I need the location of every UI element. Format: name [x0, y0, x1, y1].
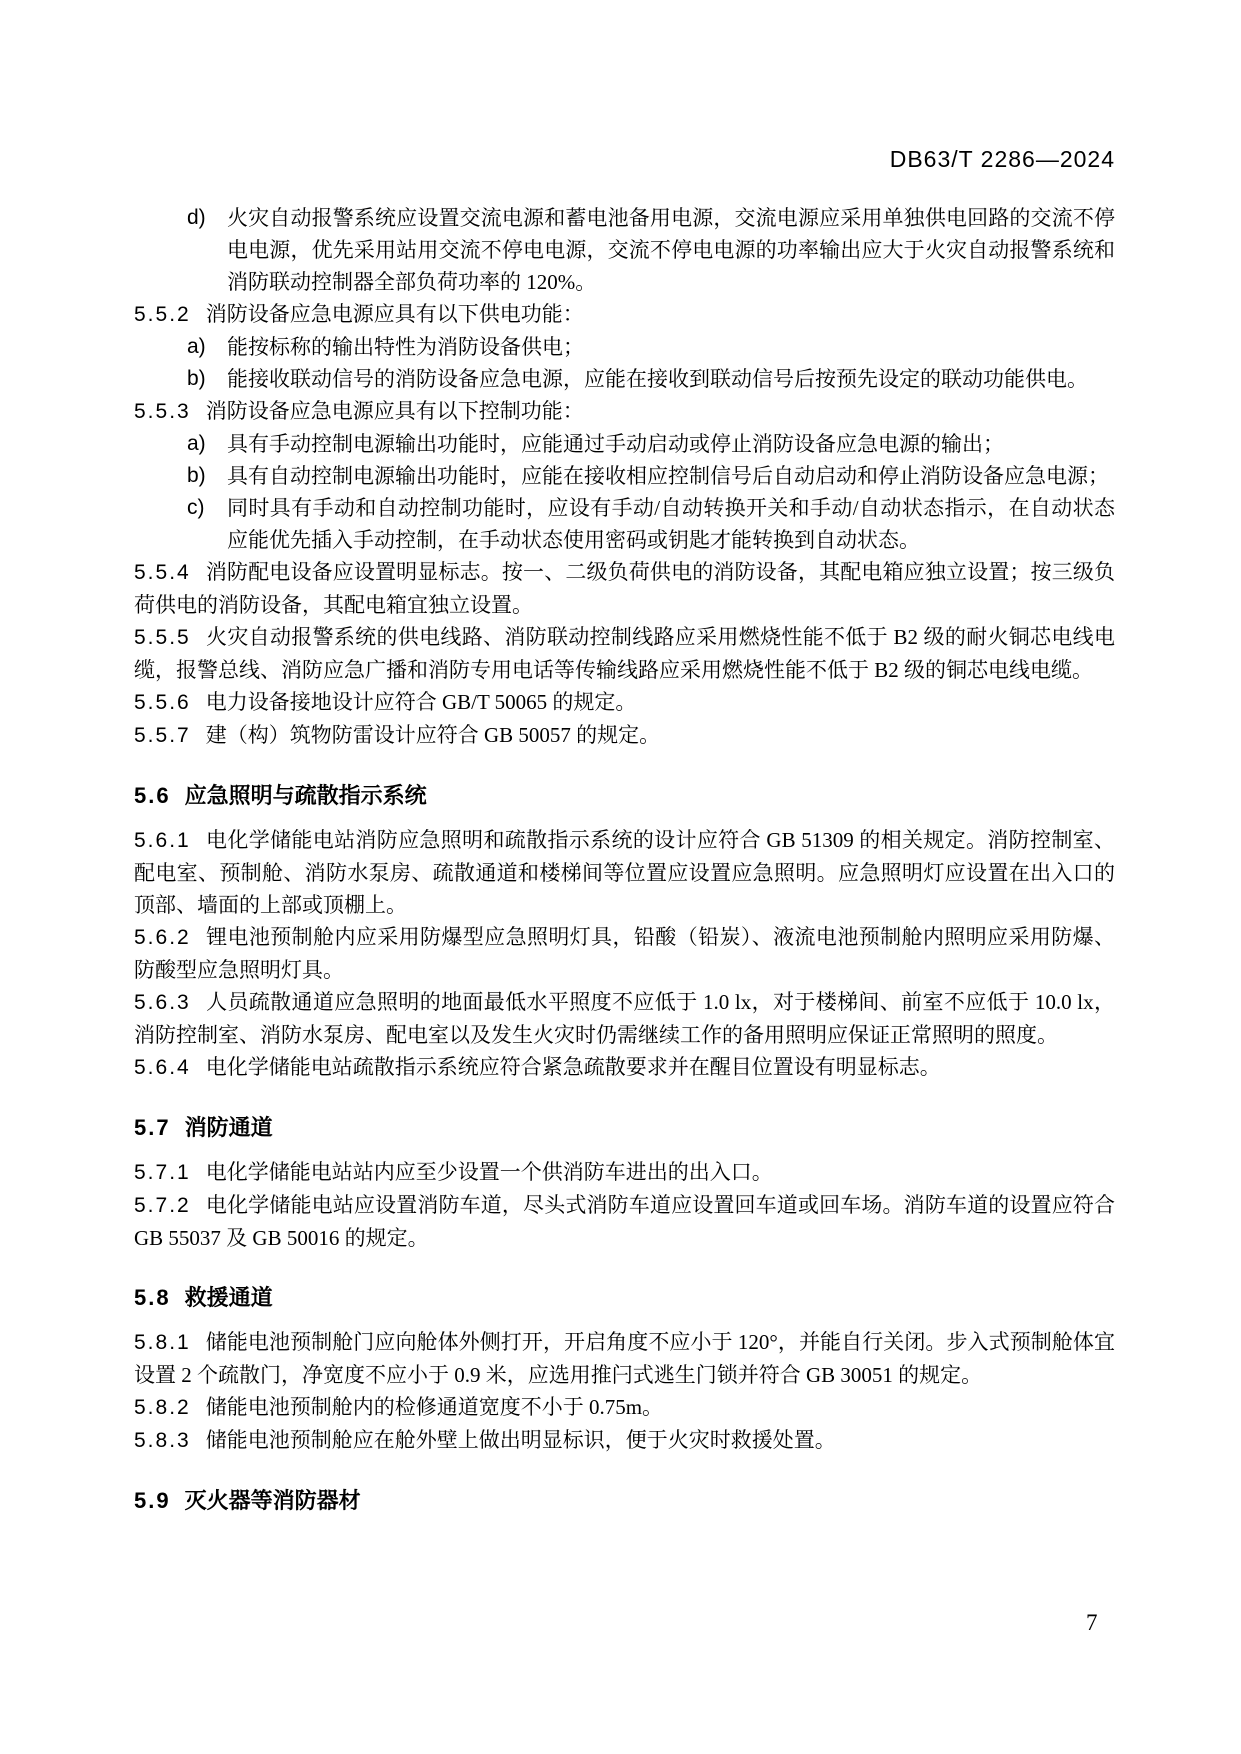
clause: 5.5.3消防设备应急电源应具有以下控制功能：	[134, 395, 1115, 428]
section-number: 5.7	[134, 1115, 171, 1140]
list-item-text: 具有手动控制电源输出功能时，应能通过手动启动或停止消防设备应急电源的输出；	[227, 428, 1115, 460]
clause-text: 消防配电设备应设置明显标志。按一、二级负荷供电的消防设备，其配电箱应独立设置；按…	[134, 560, 1115, 617]
clause-number: 5.7.2	[134, 1194, 191, 1217]
clause: 5.8.2储能电池预制舱内的检修通道宽度不小于 0.75m。	[134, 1391, 1115, 1424]
list-item-label: d)	[187, 202, 227, 298]
clause-text: 锂电池预制舱内应采用防爆型应急照明灯具，铅酸（铅炭）、液流电池预制舱内照明应采用…	[134, 925, 1115, 982]
list-item-text: 具有自动控制电源输出功能时，应能在接收相应控制信号后自动启动和停止消防设备应急电…	[227, 460, 1115, 492]
clause-text: 电力设备接地设计应符合 GB/T 50065 的规定。	[206, 690, 637, 714]
list-item: a)具有手动控制电源输出功能时，应能通过手动启动或停止消防设备应急电源的输出；	[134, 428, 1115, 460]
clause-number: 5.6.1	[134, 829, 191, 852]
clause: 5.5.4消防配电设备应设置明显标志。按一、二级负荷供电的消防设备，其配电箱应独…	[134, 556, 1115, 621]
clause-number: 5.5.2	[134, 303, 191, 326]
clause-number: 5.5.3	[134, 400, 191, 423]
clause-number: 5.6.2	[134, 926, 191, 949]
clause: 5.7.1电化学储能电站站内应至少设置一个供消防车进出的出入口。	[134, 1156, 1115, 1189]
clause-number: 5.5.4	[134, 561, 191, 584]
clause: 5.8.1储能电池预制舱门应向舱体外侧打开，开启角度不应小于 120°，并能自行…	[134, 1326, 1115, 1391]
section-heading: 5.7消防通道	[134, 1112, 1115, 1144]
clause-text: 建（构）筑物防雷设计应符合 GB 50057 的规定。	[206, 723, 660, 747]
list-item-label: c)	[187, 492, 227, 556]
clause: 5.5.5火灾自动报警系统的供电线路、消防联动控制线路应采用燃烧性能不低于 B2…	[134, 621, 1115, 686]
list-item: d)火灾自动报警系统应设置交流电源和蓄电池备用电源，交流电源应采用单独供电回路的…	[134, 202, 1115, 298]
clause-text: 消防设备应急电源应具有以下供电功能：	[206, 302, 584, 326]
clause-text: 人员疏散通道应急照明的地面最低水平照度不应低于 1.0 lx，对于楼梯间、前室不…	[134, 990, 1115, 1047]
list-item-text: 火灾自动报警系统应设置交流电源和蓄电池备用电源，交流电源应采用单独供电回路的交流…	[227, 202, 1115, 298]
clause-number: 5.7.1	[134, 1161, 191, 1184]
section-heading: 5.8救援通道	[134, 1282, 1115, 1314]
clause-text: 储能电池预制舱内的检修通道宽度不小于 0.75m。	[206, 1395, 663, 1419]
clause: 5.6.3人员疏散通道应急照明的地面最低水平照度不应低于 1.0 lx，对于楼梯…	[134, 986, 1115, 1051]
list-item: c)同时具有手动和自动控制功能时，应设有手动/自动转换开关和手动/自动状态指示，…	[134, 492, 1115, 556]
list-item-text: 能按标称的输出特性为消防设备供电；	[227, 331, 1115, 363]
clause: 5.5.2消防设备应急电源应具有以下供电功能：	[134, 298, 1115, 331]
clause: 5.6.4电化学储能电站疏散指示系统应符合紧急疏散要求并在醒目位置设有明显标志。	[134, 1051, 1115, 1084]
clause-text: 电化学储能电站消防应急照明和疏散指示系统的设计应符合 GB 51309 的相关规…	[134, 828, 1115, 917]
section-heading: 5.6应急照明与疏散指示系统	[134, 780, 1115, 812]
clause-text: 消防设备应急电源应具有以下控制功能：	[206, 399, 584, 423]
clause-number: 5.8.1	[134, 1331, 191, 1354]
list-item: a)能按标称的输出特性为消防设备供电；	[134, 331, 1115, 363]
clause-text: 电化学储能电站应设置消防车道，尽头式消防车道应设置回车道或回车场。消防车道的设置…	[134, 1193, 1115, 1250]
clause: 5.6.2锂电池预制舱内应采用防爆型应急照明灯具，铅酸（铅炭）、液流电池预制舱内…	[134, 921, 1115, 986]
clause-number: 5.8.3	[134, 1429, 191, 1452]
list-item-label: a)	[187, 331, 227, 363]
list-item: b)具有自动控制电源输出功能时，应能在接收相应控制信号后自动启动和停止消防设备应…	[134, 460, 1115, 492]
section-title: 应急照明与疏散指示系统	[185, 783, 427, 808]
clause-text: 储能电池预制舱门应向舱体外侧打开，开启角度不应小于 120°，并能自行关闭。步入…	[134, 1330, 1115, 1387]
clause-text: 电化学储能电站疏散指示系统应符合紧急疏散要求并在醒目位置设有明显标志。	[206, 1055, 941, 1079]
clause: 5.6.1电化学储能电站消防应急照明和疏散指示系统的设计应符合 GB 51309…	[134, 824, 1115, 921]
document-content: d)火灾自动报警系统应设置交流电源和蓄电池备用电源，交流电源应采用单独供电回路的…	[134, 202, 1115, 1529]
section-title: 消防通道	[185, 1115, 273, 1140]
clause: 5.5.6电力设备接地设计应符合 GB/T 50065 的规定。	[134, 686, 1115, 719]
list-item-label: a)	[187, 428, 227, 460]
list-item-text: 同时具有手动和自动控制功能时，应设有手动/自动转换开关和手动/自动状态指示，在自…	[227, 492, 1115, 556]
clause-number: 5.6.3	[134, 991, 191, 1014]
clause: 5.8.3储能电池预制舱应在舱外壁上做出明显标识，便于火灾时救援处置。	[134, 1424, 1115, 1457]
clause-text: 火灾自动报警系统的供电线路、消防联动控制线路应采用燃烧性能不低于 B2 级的耐火…	[134, 625, 1115, 682]
clause-text: 储能电池预制舱应在舱外壁上做出明显标识，便于火灾时救援处置。	[206, 1428, 836, 1452]
clause-number: 5.8.2	[134, 1396, 191, 1419]
list-item-label: b)	[187, 363, 227, 395]
section-number: 5.8	[134, 1285, 171, 1310]
page-number: 7	[1086, 1610, 1098, 1636]
section-title: 灭火器等消防器材	[185, 1488, 361, 1513]
clause-number: 5.5.6	[134, 691, 191, 714]
clause-text: 电化学储能电站站内应至少设置一个供消防车进出的出入口。	[206, 1160, 773, 1184]
section-number: 5.9	[134, 1488, 171, 1513]
clause-number: 5.5.7	[134, 724, 191, 747]
list-item-label: b)	[187, 460, 227, 492]
clause-number: 5.5.5	[134, 626, 191, 649]
list-item-text: 能接收联动信号的消防设备应急电源，应能在接收到联动信号后按预先设定的联动功能供电…	[227, 363, 1115, 395]
clause-number: 5.6.4	[134, 1056, 191, 1079]
clause: 5.7.2电化学储能电站应设置消防车道，尽头式消防车道应设置回车道或回车场。消防…	[134, 1189, 1115, 1254]
clause: 5.5.7建（构）筑物防雷设计应符合 GB 50057 的规定。	[134, 719, 1115, 752]
section-title: 救援通道	[185, 1285, 273, 1310]
section-number: 5.6	[134, 783, 171, 808]
section-heading: 5.9灭火器等消防器材	[134, 1485, 1115, 1517]
list-item: b)能接收联动信号的消防设备应急电源，应能在接收到联动信号后按预先设定的联动功能…	[134, 363, 1115, 395]
document-code: DB63/T 2286—2024	[134, 146, 1115, 173]
